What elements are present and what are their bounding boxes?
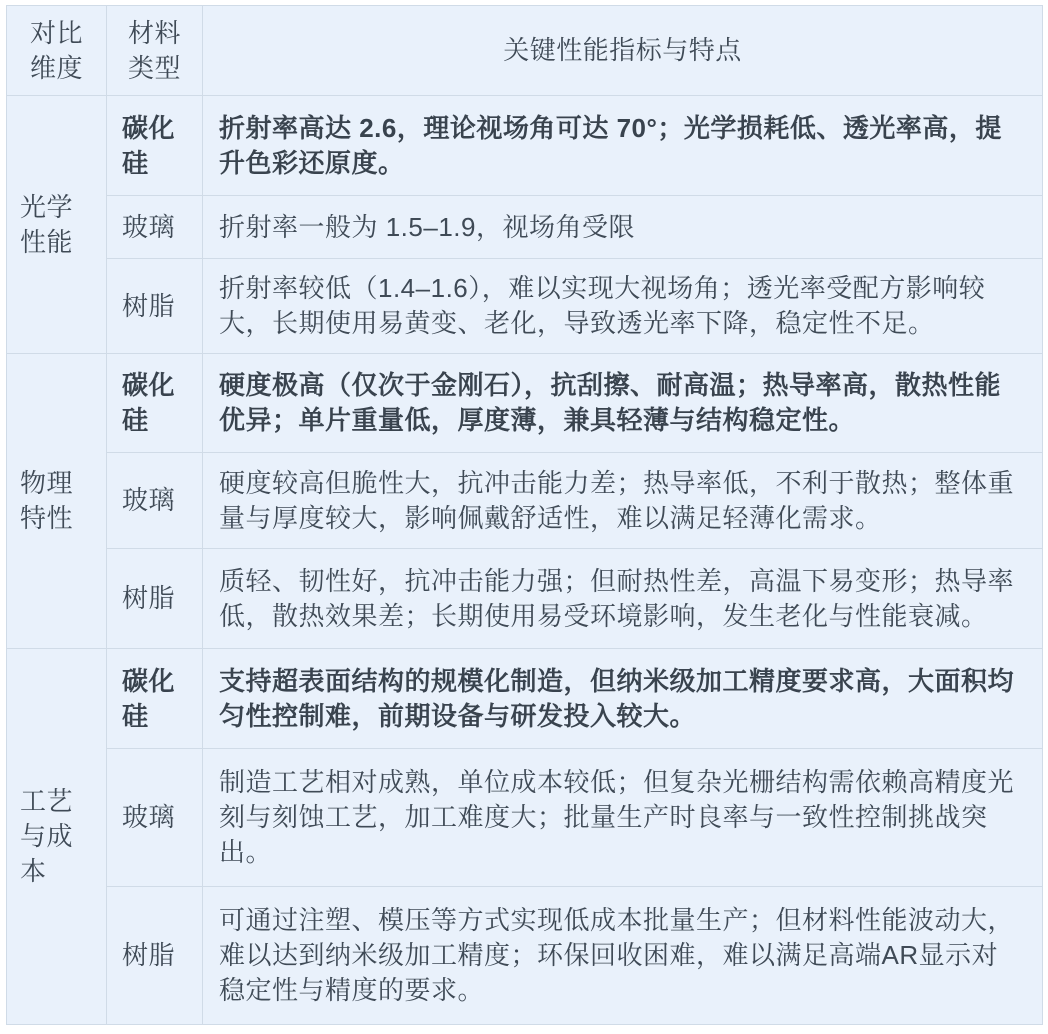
- table-row: 树脂 质轻、韧性好，抗冲击能力强；但耐热性差，高温下易变形；热导率低，散热效果差…: [7, 549, 1043, 649]
- header-material-type: 材料 类型: [107, 6, 203, 96]
- table-row: 物理 特性 碳化 硅 硬度极高（仅次于金刚石），抗刮擦、耐高温；热导率高，散热性…: [7, 354, 1043, 453]
- material-cell-glass: 玻璃: [107, 749, 203, 887]
- table-row: 玻璃 硬度较高但脆性大，抗冲击能力差；热导率低，不利于散热；整体重量与厚度较大，…: [7, 453, 1043, 549]
- dimension-cell-process-cost: 工艺 与成 本: [7, 649, 107, 1025]
- material-cell-sic: 碳化 硅: [107, 354, 203, 453]
- header-key-metrics: 关键性能指标与特点: [203, 6, 1043, 96]
- description-cell: 可通过注塑、模压等方式实现低成本批量生产；但材料性能波动大，难以达到纳米级加工精…: [203, 887, 1043, 1025]
- description-cell: 支持超表面结构的规模化制造，但纳米级加工精度要求高，大面积均匀性控制难，前期设备…: [203, 649, 1043, 749]
- dimension-cell-optical: 光学 性能: [7, 96, 107, 354]
- header-row: 对比 维度 材料 类型 关键性能指标与特点: [7, 6, 1043, 96]
- description-cell: 硬度较高但脆性大，抗冲击能力差；热导率低，不利于散热；整体重量与厚度较大，影响佩…: [203, 453, 1043, 549]
- description-cell: 折射率一般为 1.5–1.9，视场角受限: [203, 196, 1043, 259]
- description-cell: 折射率较低（1.4–1.6），难以实现大视场角；透光率受配方影响较大，长期使用易…: [203, 259, 1043, 354]
- material-comparison-table: 对比 维度 材料 类型 关键性能指标与特点 光学 性能 碳化 硅 折射率高达 2…: [6, 5, 1043, 1025]
- material-cell-glass: 玻璃: [107, 453, 203, 549]
- material-cell-glass: 玻璃: [107, 196, 203, 259]
- description-cell: 折射率高达 2.6，理论视场角可达 70°；光学损耗低、透光率高，提升色彩还原度…: [203, 96, 1043, 196]
- material-cell-sic: 碳化 硅: [107, 96, 203, 196]
- material-comparison-container: 对比 维度 材料 类型 关键性能指标与特点 光学 性能 碳化 硅 折射率高达 2…: [0, 0, 1048, 1030]
- description-cell: 制造工艺相对成熟，单位成本较低；但复杂光栅结构需依赖高精度光刻与刻蚀工艺，加工难…: [203, 749, 1043, 887]
- material-cell-resin: 树脂: [107, 259, 203, 354]
- table-row: 光学 性能 碳化 硅 折射率高达 2.6，理论视场角可达 70°；光学损耗低、透…: [7, 96, 1043, 196]
- description-cell: 硬度极高（仅次于金刚石），抗刮擦、耐高温；热导率高，散热性能优异；单片重量低，厚…: [203, 354, 1043, 453]
- description-cell: 质轻、韧性好，抗冲击能力强；但耐热性差，高温下易变形；热导率低，散热效果差；长期…: [203, 549, 1043, 649]
- table-row: 工艺 与成 本 碳化 硅 支持超表面结构的规模化制造，但纳米级加工精度要求高，大…: [7, 649, 1043, 749]
- table-row: 树脂 折射率较低（1.4–1.6），难以实现大视场角；透光率受配方影响较大，长期…: [7, 259, 1043, 354]
- material-cell-resin: 树脂: [107, 887, 203, 1025]
- dimension-cell-physical: 物理 特性: [7, 354, 107, 649]
- material-cell-sic: 碳化 硅: [107, 649, 203, 749]
- header-comparison-dimension: 对比 维度: [7, 6, 107, 96]
- table-row: 树脂 可通过注塑、模压等方式实现低成本批量生产；但材料性能波动大，难以达到纳米级…: [7, 887, 1043, 1025]
- table-row: 玻璃 制造工艺相对成熟，单位成本较低；但复杂光栅结构需依赖高精度光刻与刻蚀工艺，…: [7, 749, 1043, 887]
- table-row: 玻璃 折射率一般为 1.5–1.9，视场角受限: [7, 196, 1043, 259]
- material-cell-resin: 树脂: [107, 549, 203, 649]
